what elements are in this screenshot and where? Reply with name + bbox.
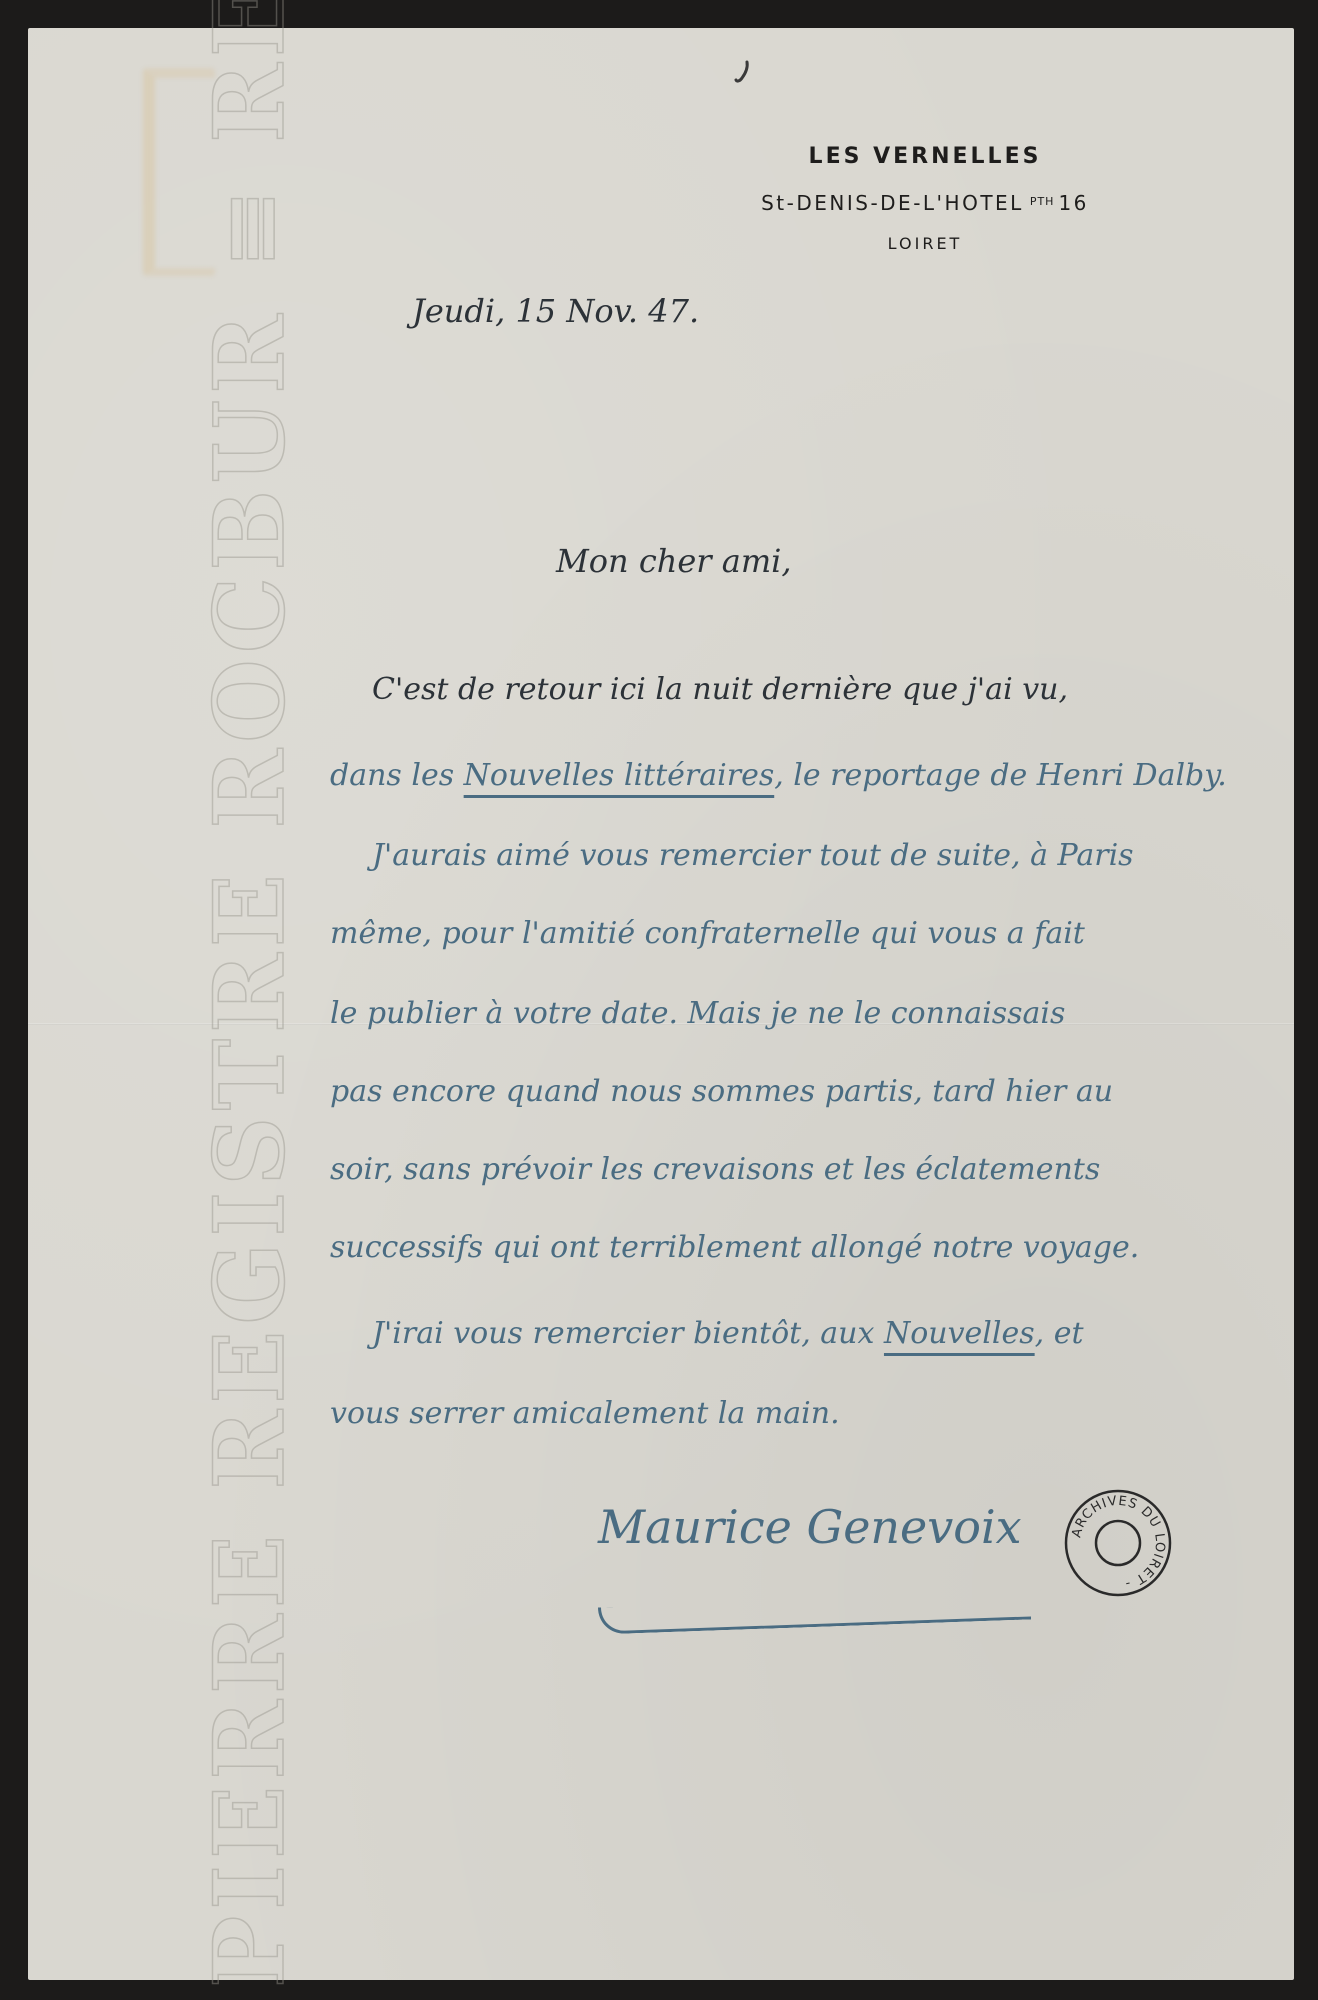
body-text: , et	[1035, 1316, 1084, 1351]
body-line-5: le publier à votre date. Mais je ne le c…	[330, 996, 1065, 1031]
registre-watermark: PIERRE REGISTRE ROCBUR ≡ REGISTRE RG	[193, 0, 306, 1988]
body-line-9: J'irai vous remercier bientôt, aux Nouve…	[372, 1316, 1084, 1351]
letterhead: LES VERNELLES St-DENIS-DE-L'HOTELPTH16 L…	[700, 140, 1150, 259]
svg-text:ARCHIVES DU LOIRET -: ARCHIVES DU LOIRET -	[1069, 1494, 1167, 1592]
body-text: J'irai vous remercier bientôt, aux	[372, 1316, 874, 1351]
letterhead-address: St-DENIS-DE-L'HOTELPTH16	[700, 182, 1150, 223]
letterhead-street: St-DENIS-DE-L'HOTEL	[761, 191, 1024, 215]
publication-title: Nouvelles littéraires	[464, 758, 775, 793]
salutation: Mon cher ami,	[556, 542, 792, 580]
ink-mark-icon	[733, 60, 751, 86]
body-line-8: successifs qui ont terriblement allongé …	[330, 1230, 1139, 1265]
archives-seal-icon: ARCHIVES DU LOIRET -	[1063, 1488, 1173, 1598]
body-line-1: C'est de retour ici la nuit dernière que…	[372, 672, 1068, 707]
body-line-7: soir, sans prévoir les crevaisons et les…	[330, 1152, 1100, 1187]
letterhead-name: LES VERNELLES	[700, 140, 1150, 174]
body-line-4: même, pour l'amitié confraternelle qui v…	[330, 916, 1085, 951]
phone-label: PTH	[1030, 195, 1055, 208]
body-line-3: J'aurais aimé vous remercier tout de sui…	[372, 838, 1134, 873]
signature: Maurice Genevoix	[598, 1500, 1022, 1554]
letter-date: Jeudi, 15 Nov. 47.	[412, 292, 699, 330]
body-text: , le reportage de Henri Dalby.	[774, 758, 1227, 793]
publication-short-title: Nouvelles	[884, 1316, 1035, 1351]
body-text: dans les	[330, 758, 454, 793]
phone-number: 16	[1058, 191, 1088, 215]
letterhead-department: LOIRET	[700, 229, 1150, 259]
body-line-6: pas encore quand nous sommes partis, tar…	[330, 1074, 1113, 1109]
archives-stamp: ARCHIVES DU LOIRET -	[1063, 1488, 1173, 1598]
body-line-10: vous serrer amicalement la main.	[330, 1396, 840, 1431]
body-line-2: dans les Nouvelles littéraires, le repor…	[330, 758, 1227, 793]
